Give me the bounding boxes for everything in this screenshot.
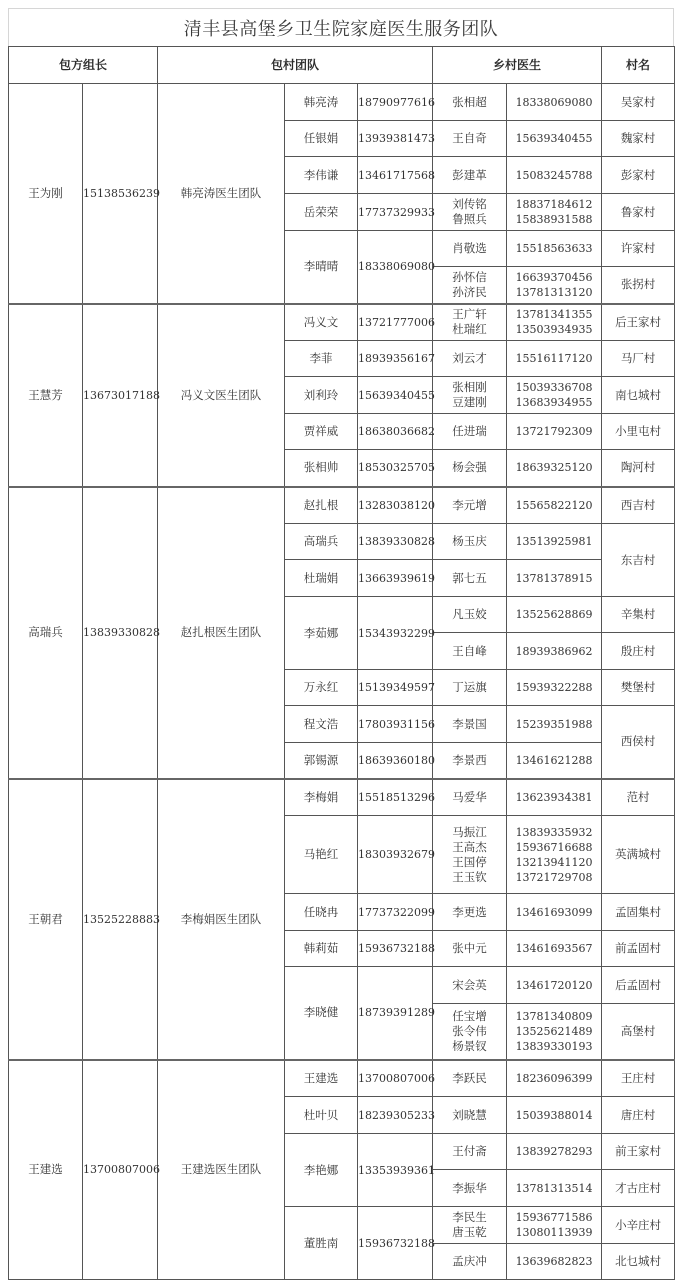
doctor-name: 李民生唐玉乾 — [433, 1207, 507, 1244]
team-name: 王建选医生团队 — [158, 1060, 285, 1280]
village-name: 张拐村 — [602, 267, 675, 304]
doctor-name: 彭建革 — [433, 157, 507, 194]
member-phone: 17737322099 — [358, 894, 433, 931]
doctor-name: 丁运旗 — [433, 670, 507, 706]
member-name: 赵扎根 — [285, 487, 358, 524]
header-village: 村名 — [602, 47, 675, 84]
member-name: 任银娟 — [285, 121, 358, 157]
member-phone: 18239305233 — [358, 1097, 433, 1134]
member-phone: 13461717568 — [358, 157, 433, 194]
member-phone: 18639360180 — [358, 743, 433, 779]
doctor-name: 张中元 — [433, 931, 507, 967]
doctor-name: 李景国 — [433, 706, 507, 743]
member-name: 李伟谦 — [285, 157, 358, 194]
header-team: 包村团队 — [158, 47, 433, 84]
header-doctor: 乡村医生 — [433, 47, 602, 84]
doctor-name: 张相超 — [433, 84, 507, 121]
doctor-phone: 137813408091352562148913839330193 — [507, 1004, 602, 1060]
member-name: 郭锡源 — [285, 743, 358, 779]
doctor-phone: 13781313514 — [507, 1170, 602, 1207]
member-name: 王建选 — [285, 1060, 358, 1097]
member-name: 李菲 — [285, 341, 358, 377]
doctor-phone: 15518563633 — [507, 231, 602, 267]
member-name: 韩莉茹 — [285, 931, 358, 967]
leader-name: 王建选 — [9, 1060, 83, 1280]
member-phone: 18338069080 — [358, 231, 433, 304]
member-phone: 15518513296 — [358, 779, 433, 816]
member-phone: 17737329933 — [358, 194, 433, 231]
member-name: 李茹娜 — [285, 597, 358, 670]
doctor-phone: 13639682823 — [507, 1244, 602, 1280]
village-name: 才古庄村 — [602, 1170, 675, 1207]
doctor-name: 马爱华 — [433, 779, 507, 816]
doctor-name: 李元增 — [433, 487, 507, 524]
leader-name: 王为刚 — [9, 84, 83, 304]
member-phone: 15639340455 — [358, 377, 433, 414]
member-name: 董胜南 — [285, 1207, 358, 1280]
member-name: 马艳红 — [285, 816, 358, 894]
village-name: 西吉村 — [602, 487, 675, 524]
doctor-name: 王付斋 — [433, 1134, 507, 1170]
village-name: 南乜城村 — [602, 377, 675, 414]
member-name: 韩亮涛 — [285, 84, 358, 121]
table-row: 王为刚 15138536239 韩亮涛医生团队 韩亮涛 18790977616 … — [9, 84, 675, 121]
doctor-name: 郭七五 — [433, 560, 507, 597]
member-phone: 15936732188 — [358, 931, 433, 967]
page-title: 清丰县高堡乡卫生院家庭医生服务团队 — [8, 8, 674, 46]
village-name: 小辛庄村 — [602, 1207, 675, 1244]
doctor-phone: 15239351988 — [507, 706, 602, 743]
team-name: 冯义文医生团队 — [158, 304, 285, 487]
village-name: 吴家村 — [602, 84, 675, 121]
village-name: 英满城村 — [602, 816, 675, 894]
doctor-name: 李景西 — [433, 743, 507, 779]
village-name: 陶河村 — [602, 450, 675, 487]
doctor-phone: 15516117120 — [507, 341, 602, 377]
member-name: 杜叶贝 — [285, 1097, 358, 1134]
member-name: 万永红 — [285, 670, 358, 706]
doctor-name: 张相刚豆建刚 — [433, 377, 507, 414]
village-name: 西侯村 — [602, 706, 675, 779]
member-phone: 18303932679 — [358, 816, 433, 894]
team-table: 包方组长 包村团队 乡村医生 村名 王为刚 15138536239 韩亮涛医生团… — [8, 46, 675, 1280]
doctor-name: 杨玉庆 — [433, 524, 507, 560]
village-name: 鲁家村 — [602, 194, 675, 231]
doctor-phone: 15639340455 — [507, 121, 602, 157]
village-name: 东吉村 — [602, 524, 675, 597]
doctor-name: 任宝增张令伟杨景钗 — [433, 1004, 507, 1060]
doctor-phone: 1663937045613781313120 — [507, 267, 602, 304]
village-name: 魏家村 — [602, 121, 675, 157]
doctor-name: 孙怀信孙济民 — [433, 267, 507, 304]
doctor-phone: 1503933670813683934955 — [507, 377, 602, 414]
village-name: 殷庄村 — [602, 633, 675, 670]
member-phone: 15936732188 — [358, 1207, 433, 1280]
doctor-name: 王自峰 — [433, 633, 507, 670]
village-name: 王庄村 — [602, 1060, 675, 1097]
village-name: 彭家村 — [602, 157, 675, 194]
village-name: 孟固集村 — [602, 894, 675, 931]
member-phone: 13663939619 — [358, 560, 433, 597]
doctor-name: 王广轩杜瑞红 — [433, 304, 507, 341]
doctor-phone: 1593677158613080113939 — [507, 1207, 602, 1244]
village-name: 樊堡村 — [602, 670, 675, 706]
doctor-phone: 13461621288 — [507, 743, 602, 779]
member-phone: 18790977616 — [358, 84, 433, 121]
member-phone: 17803931156 — [358, 706, 433, 743]
member-phone: 18739391289 — [358, 967, 433, 1060]
village-name: 前王家村 — [602, 1134, 675, 1170]
doctor-phone: 18236096399 — [507, 1060, 602, 1097]
village-name: 小里屯村 — [602, 414, 675, 450]
member-phone: 15343932299 — [358, 597, 433, 670]
village-name: 前孟固村 — [602, 931, 675, 967]
member-name: 李梅娟 — [285, 779, 358, 816]
doctor-phone: 13525628869 — [507, 597, 602, 633]
header-leader: 包方组长 — [9, 47, 158, 84]
member-phone: 18638036682 — [358, 414, 433, 450]
doctor-name: 李跃民 — [433, 1060, 507, 1097]
doctor-phone: 13513925981 — [507, 524, 602, 560]
table-row: 高瑞兵 13839330828 赵扎根医生团队 赵扎根 13283038120 … — [9, 487, 675, 524]
doctor-phone: 18338069080 — [507, 84, 602, 121]
village-name: 后王家村 — [602, 304, 675, 341]
doctor-name: 任进瑞 — [433, 414, 507, 450]
member-phone: 13839330828 — [358, 524, 433, 560]
member-phone: 13721777006 — [358, 304, 433, 341]
header-row: 包方组长 包村团队 乡村医生 村名 — [9, 47, 675, 84]
village-name: 马厂村 — [602, 341, 675, 377]
member-name: 李艳娜 — [285, 1134, 358, 1207]
doctor-name: 凡玉姣 — [433, 597, 507, 633]
roster-sheet: 清丰县高堡乡卫生院家庭医生服务团队 包方组长 包村团队 乡村医生 村名 王为刚 … — [8, 8, 674, 1280]
doctor-phone: 13781378915 — [507, 560, 602, 597]
leader-phone: 13673017188 — [83, 304, 158, 487]
village-name: 范村 — [602, 779, 675, 816]
doctor-name: 宋会英 — [433, 967, 507, 1004]
member-phone: 13283038120 — [358, 487, 433, 524]
table-row: 王朝君 13525228883 李梅娟医生团队 李梅娟 15518513296 … — [9, 779, 675, 816]
village-name: 北乜城村 — [602, 1244, 675, 1280]
doctor-name: 肖敬选 — [433, 231, 507, 267]
leader-name: 高瑞兵 — [9, 487, 83, 779]
doctor-phone: 15039388014 — [507, 1097, 602, 1134]
doctor-phone: 13721792309 — [507, 414, 602, 450]
village-name: 后孟固村 — [602, 967, 675, 1004]
doctor-phone: 1378134135513503934935 — [507, 304, 602, 341]
doctor-phone: 13839278293 — [507, 1134, 602, 1170]
doctor-phone: 13461720120 — [507, 967, 602, 1004]
leader-phone: 13700807006 — [83, 1060, 158, 1280]
doctor-phone: 13623934381 — [507, 779, 602, 816]
member-phone: 13353939361 — [358, 1134, 433, 1207]
doctor-name: 刘传铭鲁照兵 — [433, 194, 507, 231]
member-name: 杜瑞娟 — [285, 560, 358, 597]
member-phone: 18530325705 — [358, 450, 433, 487]
doctor-phone: 13461693099 — [507, 894, 602, 931]
doctor-phone: 18639325120 — [507, 450, 602, 487]
leader-phone: 13839330828 — [83, 487, 158, 779]
village-name: 许家村 — [602, 231, 675, 267]
member-phone: 13939381473 — [358, 121, 433, 157]
village-name: 高堡村 — [602, 1004, 675, 1060]
village-name: 唐庄村 — [602, 1097, 675, 1134]
leader-phone: 15138536239 — [83, 84, 158, 304]
doctor-name: 李更选 — [433, 894, 507, 931]
doctor-name: 杨会强 — [433, 450, 507, 487]
team-name: 韩亮涛医生团队 — [158, 84, 285, 304]
doctor-phone: 15083245788 — [507, 157, 602, 194]
leader-name: 王慧芳 — [9, 304, 83, 487]
member-phone: 13700807006 — [358, 1060, 433, 1097]
member-name: 高瑞兵 — [285, 524, 358, 560]
member-name: 贾祥威 — [285, 414, 358, 450]
leader-phone: 13525228883 — [83, 779, 158, 1060]
team-name: 赵扎根医生团队 — [158, 487, 285, 779]
doctor-name: 王自奇 — [433, 121, 507, 157]
member-name: 刘利玲 — [285, 377, 358, 414]
table-row: 王慧芳 13673017188 冯义文医生团队 冯义文 13721777006 … — [9, 304, 675, 341]
member-name: 岳荣荣 — [285, 194, 358, 231]
doctor-phone: 1883718461215838931588 — [507, 194, 602, 231]
member-name: 任晓冉 — [285, 894, 358, 931]
doctor-phone: 15939322288 — [507, 670, 602, 706]
leader-name: 王朝君 — [9, 779, 83, 1060]
doctor-name: 李振华 — [433, 1170, 507, 1207]
doctor-name: 刘晓慧 — [433, 1097, 507, 1134]
doctor-phone: 13461693567 — [507, 931, 602, 967]
doctor-phone: 18939386962 — [507, 633, 602, 670]
member-name: 程文浩 — [285, 706, 358, 743]
member-name: 李晴晴 — [285, 231, 358, 304]
doctor-name: 马振江王高杰王国停王玉钦 — [433, 816, 507, 894]
doctor-name: 刘云才 — [433, 341, 507, 377]
member-name: 张相帅 — [285, 450, 358, 487]
table-row: 王建选 13700807006 王建选医生团队 王建选 13700807006 … — [9, 1060, 675, 1097]
doctor-phone: 1383933593215936716688132139411201372172… — [507, 816, 602, 894]
member-name: 李晓健 — [285, 967, 358, 1060]
village-name: 辛集村 — [602, 597, 675, 633]
member-phone: 15139349597 — [358, 670, 433, 706]
doctor-phone: 15565822120 — [507, 487, 602, 524]
team-name: 李梅娟医生团队 — [158, 779, 285, 1060]
member-name: 冯义文 — [285, 304, 358, 341]
member-phone: 18939356167 — [358, 341, 433, 377]
doctor-name: 孟庆冲 — [433, 1244, 507, 1280]
